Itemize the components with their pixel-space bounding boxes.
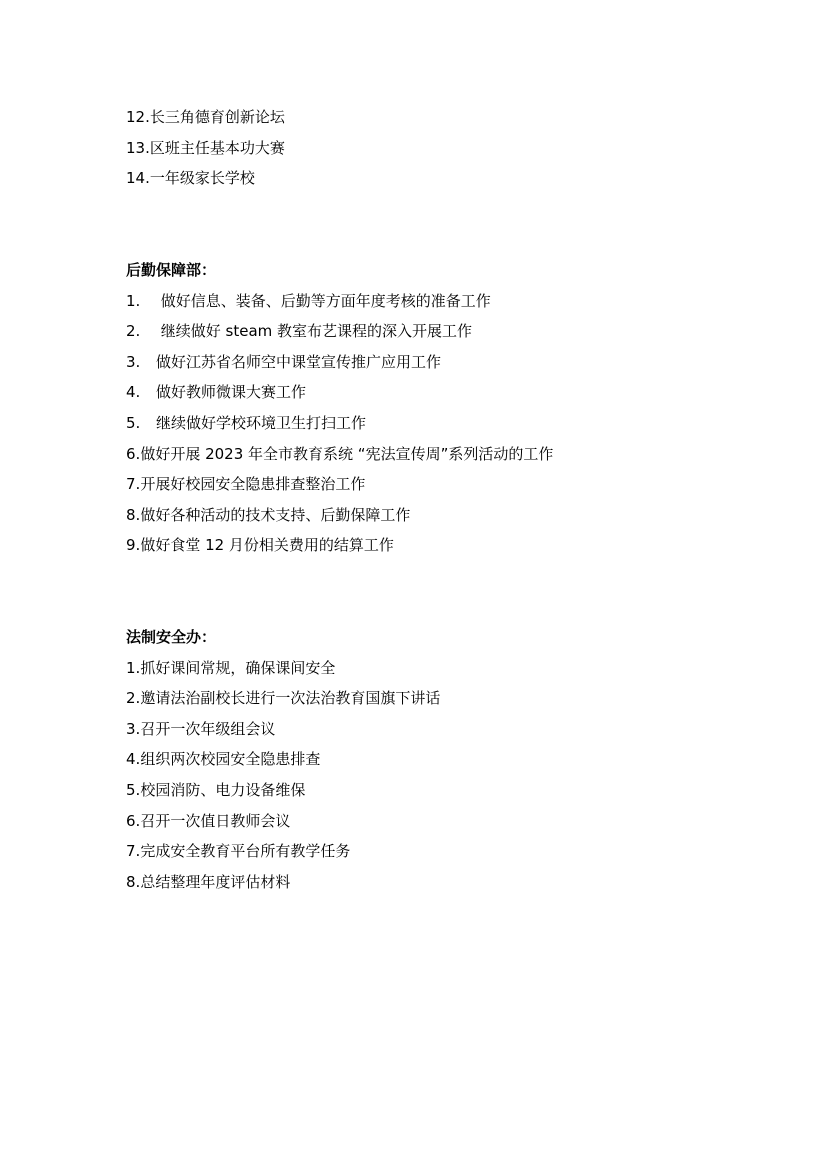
item-number: 6. — [126, 806, 140, 837]
item-text: 召开一次值日教师会议 — [140, 812, 290, 830]
list-item: 7.开展好校园安全隐患排查整治工作 — [126, 469, 726, 500]
list-item: 9.做好食堂 12 月份相关费用的结算工作 — [126, 530, 726, 561]
item-number: 2. — [126, 683, 140, 714]
item-text: 做好教师微课大赛工作 — [156, 383, 306, 401]
blank-line — [126, 592, 726, 623]
list-item: 8.做好各种活动的技术支持、后勤保障工作 — [126, 500, 726, 531]
item-number: 5. — [126, 775, 140, 806]
item-text: 做好信息、装备、后勤等方面年度考核的准备工作 — [156, 292, 491, 310]
item-text: 召开一次年级组会议 — [140, 720, 275, 738]
item-text: 做好江苏省名师空中课堂宣传推广应用工作 — [156, 353, 441, 371]
item-number: 7. — [126, 469, 140, 500]
item-text: 做好开展 2023 年全市教育系统 “宪法宣传周”系列活动的工作 — [140, 445, 553, 463]
logistics-section: 后勤保障部： 1. 做好信息、装备、后勤等方面年度考核的准备工作 2. 继续做好… — [126, 255, 726, 561]
item-number: 8. — [126, 867, 140, 898]
item-number: 6. — [126, 439, 140, 470]
list-item: 4.组织两次校园安全隐患排查 — [126, 744, 726, 775]
item-number: 9. — [126, 530, 140, 561]
list-item: 8.总结整理年度评估材料 — [126, 867, 726, 898]
section-heading: 法制安全办： — [126, 622, 726, 653]
continued-list: 12.长三角德育创新论坛 13.区班主任基本功大赛 14.一年级家长学校 — [126, 102, 726, 194]
safety-section: 法制安全办： 1.抓好课间常规，确保课间安全 2.邀请法治副校长进行一次法治教育… — [126, 622, 726, 897]
item-text: 开展好校园安全隐患排查整治工作 — [140, 475, 365, 493]
item-number: 5. — [126, 408, 156, 439]
item-number: 14. — [126, 163, 150, 194]
item-number: 4. — [126, 744, 140, 775]
item-text: 做好食堂 12 月份相关费用的结算工作 — [140, 536, 394, 554]
blank-line — [126, 194, 726, 225]
item-text: 继续做好 steam 教室布艺课程的深入开展工作 — [156, 322, 472, 340]
item-text: 完成安全教育平台所有教学任务 — [140, 842, 350, 860]
item-text: 组织两次校园安全隐患排查 — [140, 750, 320, 768]
section-heading: 后勤保障部： — [126, 255, 726, 286]
document-page: 12.长三角德育创新论坛 13.区班主任基本功大赛 14.一年级家长学校 后勤保… — [126, 102, 726, 897]
list-item: 6.召开一次值日教师会议 — [126, 806, 726, 837]
list-item: 1.抓好课间常规，确保课间安全 — [126, 653, 726, 684]
list-item: 2.邀请法治副校长进行一次法治教育国旗下讲话 — [126, 683, 726, 714]
blank-line — [126, 224, 726, 255]
list-item: 2. 继续做好 steam 教室布艺课程的深入开展工作 — [126, 316, 726, 347]
item-text: 一年级家长学校 — [150, 169, 255, 187]
item-number: 2. — [126, 316, 156, 347]
item-text: 做好各种活动的技术支持、后勤保障工作 — [140, 506, 410, 524]
item-number: 3. — [126, 347, 156, 378]
item-number: 3. — [126, 714, 140, 745]
item-text: 长三角德育创新论坛 — [150, 108, 285, 126]
item-number: 12. — [126, 102, 150, 133]
item-number: 4. — [126, 377, 156, 408]
list-item: 3.做好江苏省名师空中课堂宣传推广应用工作 — [126, 347, 726, 378]
item-text: 校园消防、电力设备维保 — [140, 781, 305, 799]
item-text: 区班主任基本功大赛 — [150, 139, 285, 157]
list-item: 14.一年级家长学校 — [126, 163, 726, 194]
list-item: 5.校园消防、电力设备维保 — [126, 775, 726, 806]
list-item: 1. 做好信息、装备、后勤等方面年度考核的准备工作 — [126, 286, 726, 317]
list-item: 3.召开一次年级组会议 — [126, 714, 726, 745]
item-number: 1. — [126, 653, 140, 684]
item-number: 8. — [126, 500, 140, 531]
item-text: 抓好课间常规，确保课间安全 — [140, 659, 335, 677]
list-item: 7.完成安全教育平台所有教学任务 — [126, 836, 726, 867]
blank-line — [126, 561, 726, 592]
list-item: 12.长三角德育创新论坛 — [126, 102, 726, 133]
item-text: 继续做好学校环境卫生打扫工作 — [156, 414, 366, 432]
item-number: 7. — [126, 836, 140, 867]
list-item: 13.区班主任基本功大赛 — [126, 133, 726, 164]
item-text: 总结整理年度评估材料 — [140, 873, 290, 891]
list-item: 4.做好教师微课大赛工作 — [126, 377, 726, 408]
list-item: 5.继续做好学校环境卫生打扫工作 — [126, 408, 726, 439]
item-number: 13. — [126, 133, 150, 164]
item-text: 邀请法治副校长进行一次法治教育国旗下讲话 — [140, 689, 440, 707]
list-item: 6.做好开展 2023 年全市教育系统 “宪法宣传周”系列活动的工作 — [126, 439, 726, 470]
item-number: 1. — [126, 286, 156, 317]
